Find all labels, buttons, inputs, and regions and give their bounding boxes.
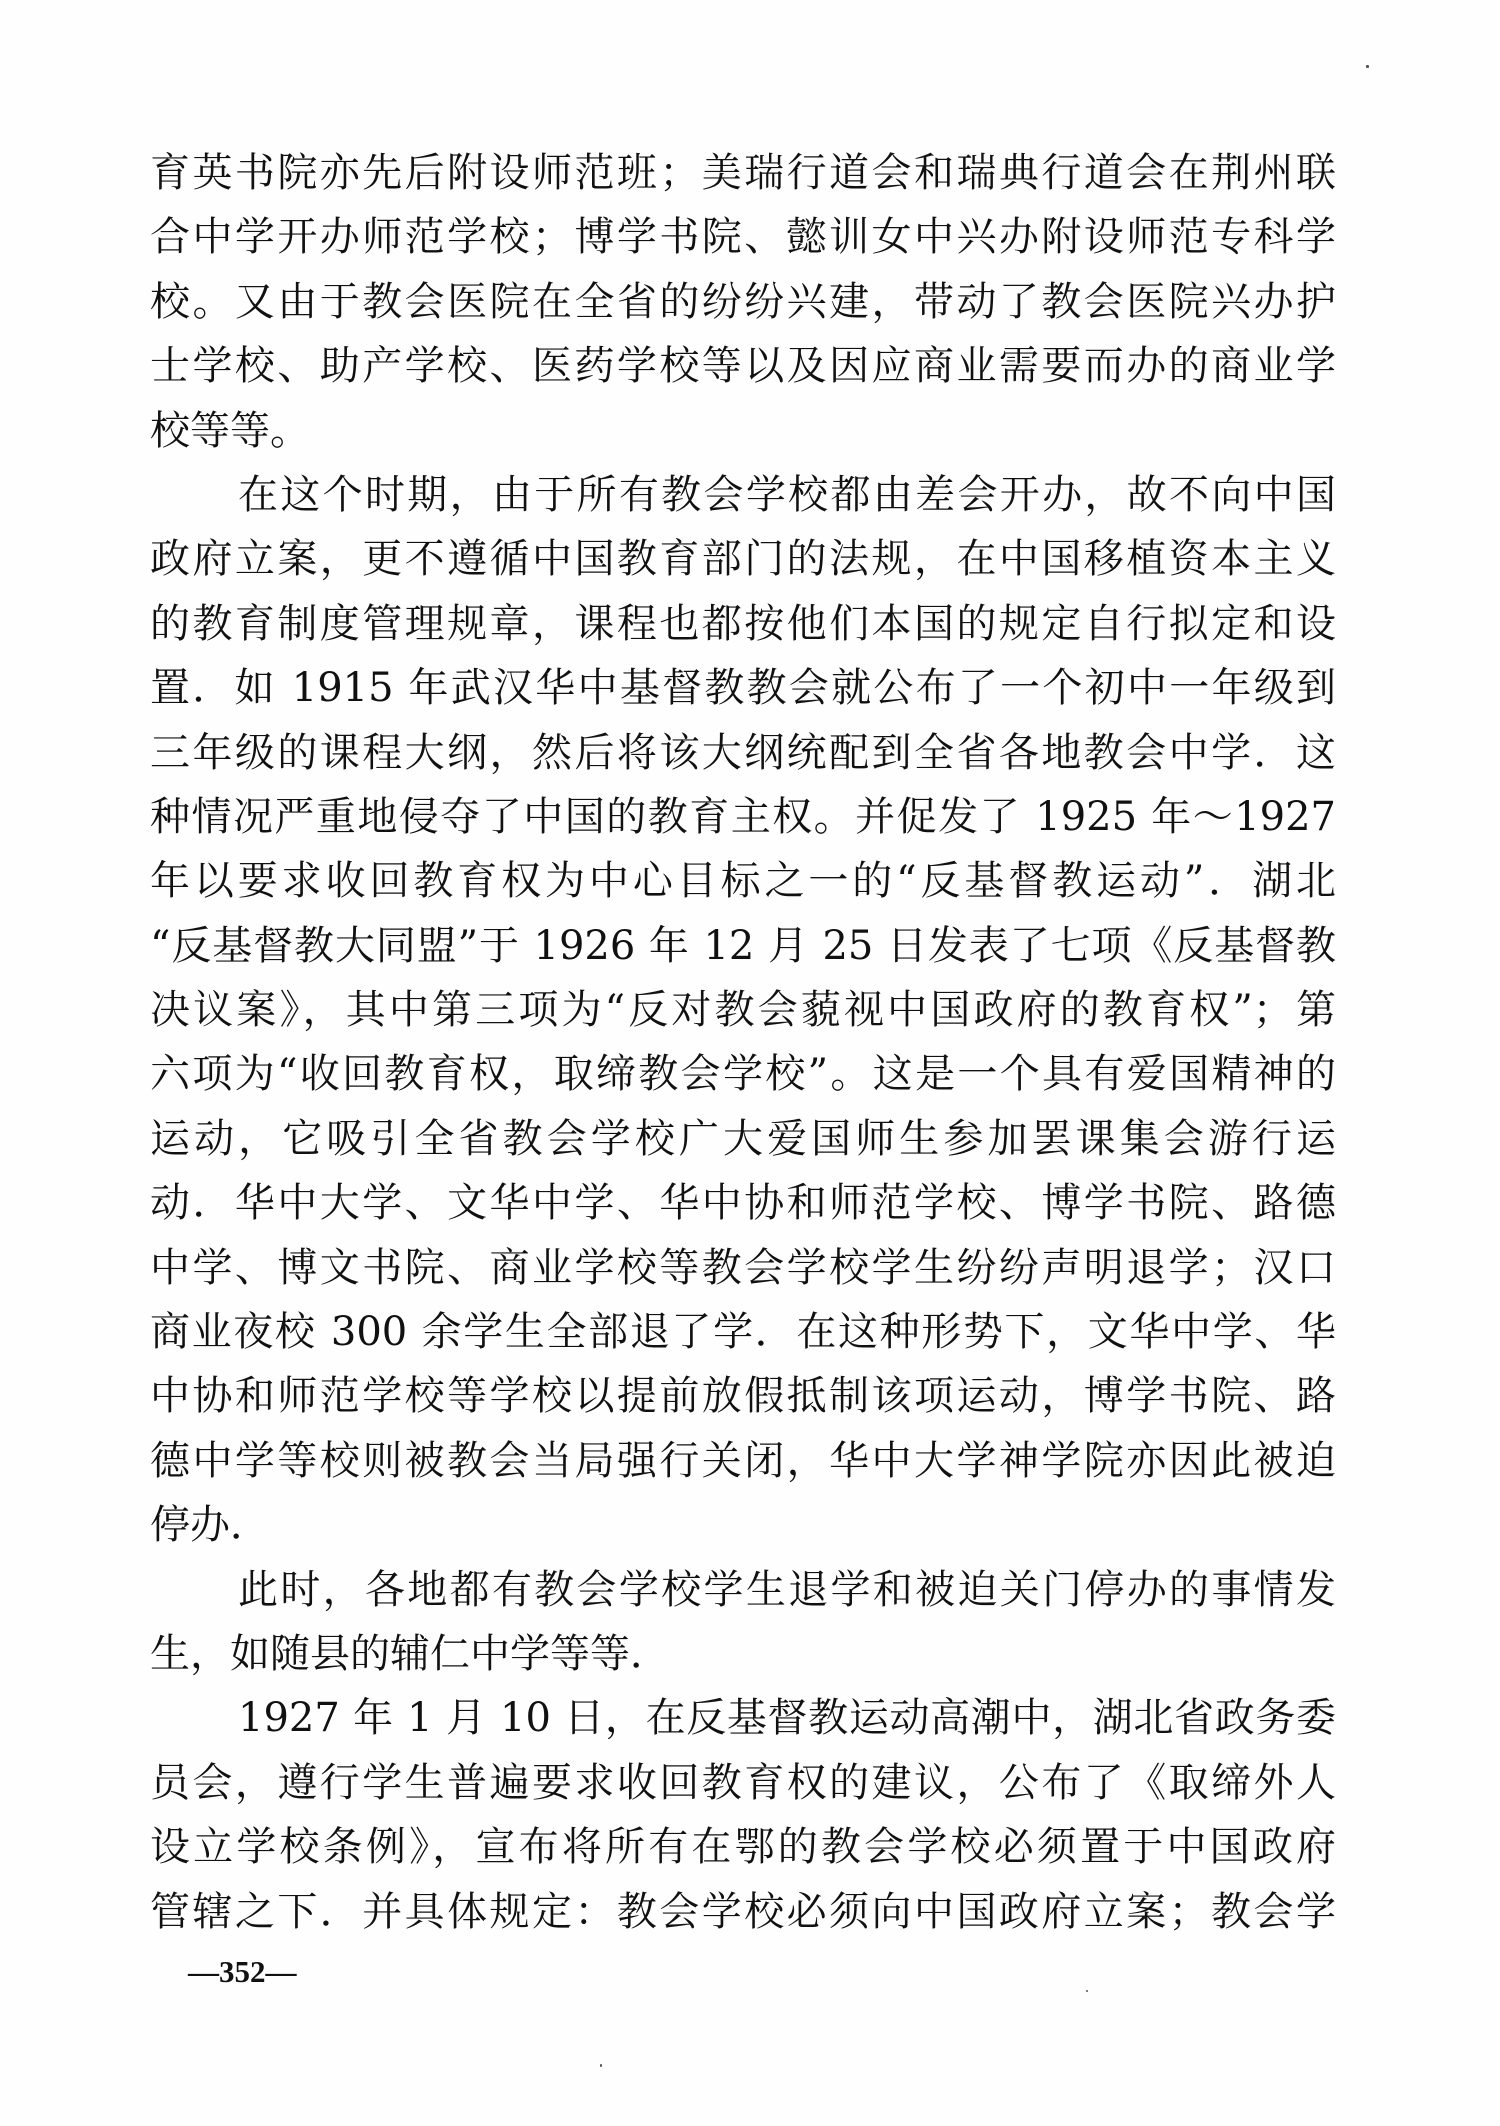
page-number: —352— bbox=[188, 1954, 297, 1990]
text-line: 德中学等校则被教会当局强行关闭，华中大学神学院亦因此被迫 bbox=[150, 1429, 1336, 1493]
text-line: 的教育制度管理规章，课程也都按他们本国的规定自行拟定和设 bbox=[150, 592, 1336, 656]
text-line-paragraph-end: 校等等。 bbox=[150, 399, 1336, 463]
scan-speck bbox=[1366, 65, 1369, 68]
text-line: 校。又由于教会医院在全省的纷纷兴建，带动了教会医院兴办护 bbox=[150, 270, 1336, 334]
text-line: 设立学校条例》，宣布将所有在鄂的教会学校必须置于中国政府 bbox=[150, 1815, 1336, 1879]
text-line-paragraph-start: 在这个时期，由于所有教会学校都由差会开办，故不向中国 bbox=[150, 463, 1336, 527]
text-line: 动．华中大学、文华中学、华中协和师范学校、博学书院、路德 bbox=[150, 1171, 1336, 1235]
text-line-paragraph-end: 停办． bbox=[150, 1493, 1336, 1557]
text-line: 种情况严重地侵夺了中国的教育主权。并促发了 1925 年～1927 bbox=[150, 785, 1336, 849]
text-line: 六项为“收回教育权，取缔教会学校”。这是一个具有爱国精神的 bbox=[150, 1042, 1336, 1106]
scanned-book-page: 育英书院亦先后附设师范班；美瑞行道会和瑞典行道会在荆州联 合中学开办师范学校；博… bbox=[0, 0, 1500, 2126]
text-line: 运动，它吸引全省教会学校广大爱国师生参加罢课集会游行运 bbox=[150, 1107, 1336, 1171]
text-line: 三年级的课程大纲，然后将该大纲统配到全省各地教会中学．这 bbox=[150, 721, 1336, 785]
text-line: 置．如 1915 年武汉华中基督教教会就公布了一个初中一年级到 bbox=[150, 656, 1336, 720]
text-line: 中协和师范学校等学校以提前放假抵制该项运动，博学书院、路 bbox=[150, 1364, 1336, 1428]
text-line-paragraph-start: 此时，各地都有教会学校学生退学和被迫关门停办的事情发 bbox=[150, 1558, 1336, 1622]
text-line: 决议案》，其中第三项为“反对教会藐视中国政府的教育权”；第 bbox=[150, 978, 1336, 1042]
text-line: “反基督教大同盟”于 1926 年 12 月 25 日发表了七项《反基督教 bbox=[150, 914, 1336, 978]
text-line: 管辖之下．并具体规定：教会学校必须向中国政府立案；教会学 bbox=[150, 1880, 1336, 1944]
text-line: 合中学开办师范学校；博学书院、懿训女中兴办附设师范专科学 bbox=[150, 205, 1336, 269]
text-line: 年以要求收回教育权为中心目标之一的“反基督教运动”．湖北 bbox=[150, 849, 1336, 913]
text-line: 育英书院亦先后附设师范班；美瑞行道会和瑞典行道会在荆州联 bbox=[150, 141, 1336, 205]
text-line-paragraph-end: 生，如随县的辅仁中学等等． bbox=[150, 1622, 1336, 1686]
text-line: 商业夜校 300 余学生全部退了学．在这种形势下，文华中学、华 bbox=[150, 1300, 1336, 1364]
scan-speck bbox=[1086, 1990, 1088, 1992]
body-text: 育英书院亦先后附设师范班；美瑞行道会和瑞典行道会在荆州联 合中学开办师范学校；博… bbox=[150, 141, 1336, 1944]
scan-speck bbox=[600, 2064, 602, 2067]
text-line: 员会，遵行学生普遍要求收回教育权的建议，公布了《取缔外人 bbox=[150, 1751, 1336, 1815]
text-line-paragraph-start: 1927 年 1 月 10 日，在反基督教运动高潮中，湖北省政务委 bbox=[150, 1686, 1336, 1750]
text-line: 士学校、助产学校、医药学校等以及因应商业需要而办的商业学 bbox=[150, 334, 1336, 398]
text-line: 中学、博文书院、商业学校等教会学校学生纷纷声明退学；汉口 bbox=[150, 1236, 1336, 1300]
text-line: 政府立案，更不遵循中国教育部门的法规，在中国移植资本主义 bbox=[150, 527, 1336, 591]
